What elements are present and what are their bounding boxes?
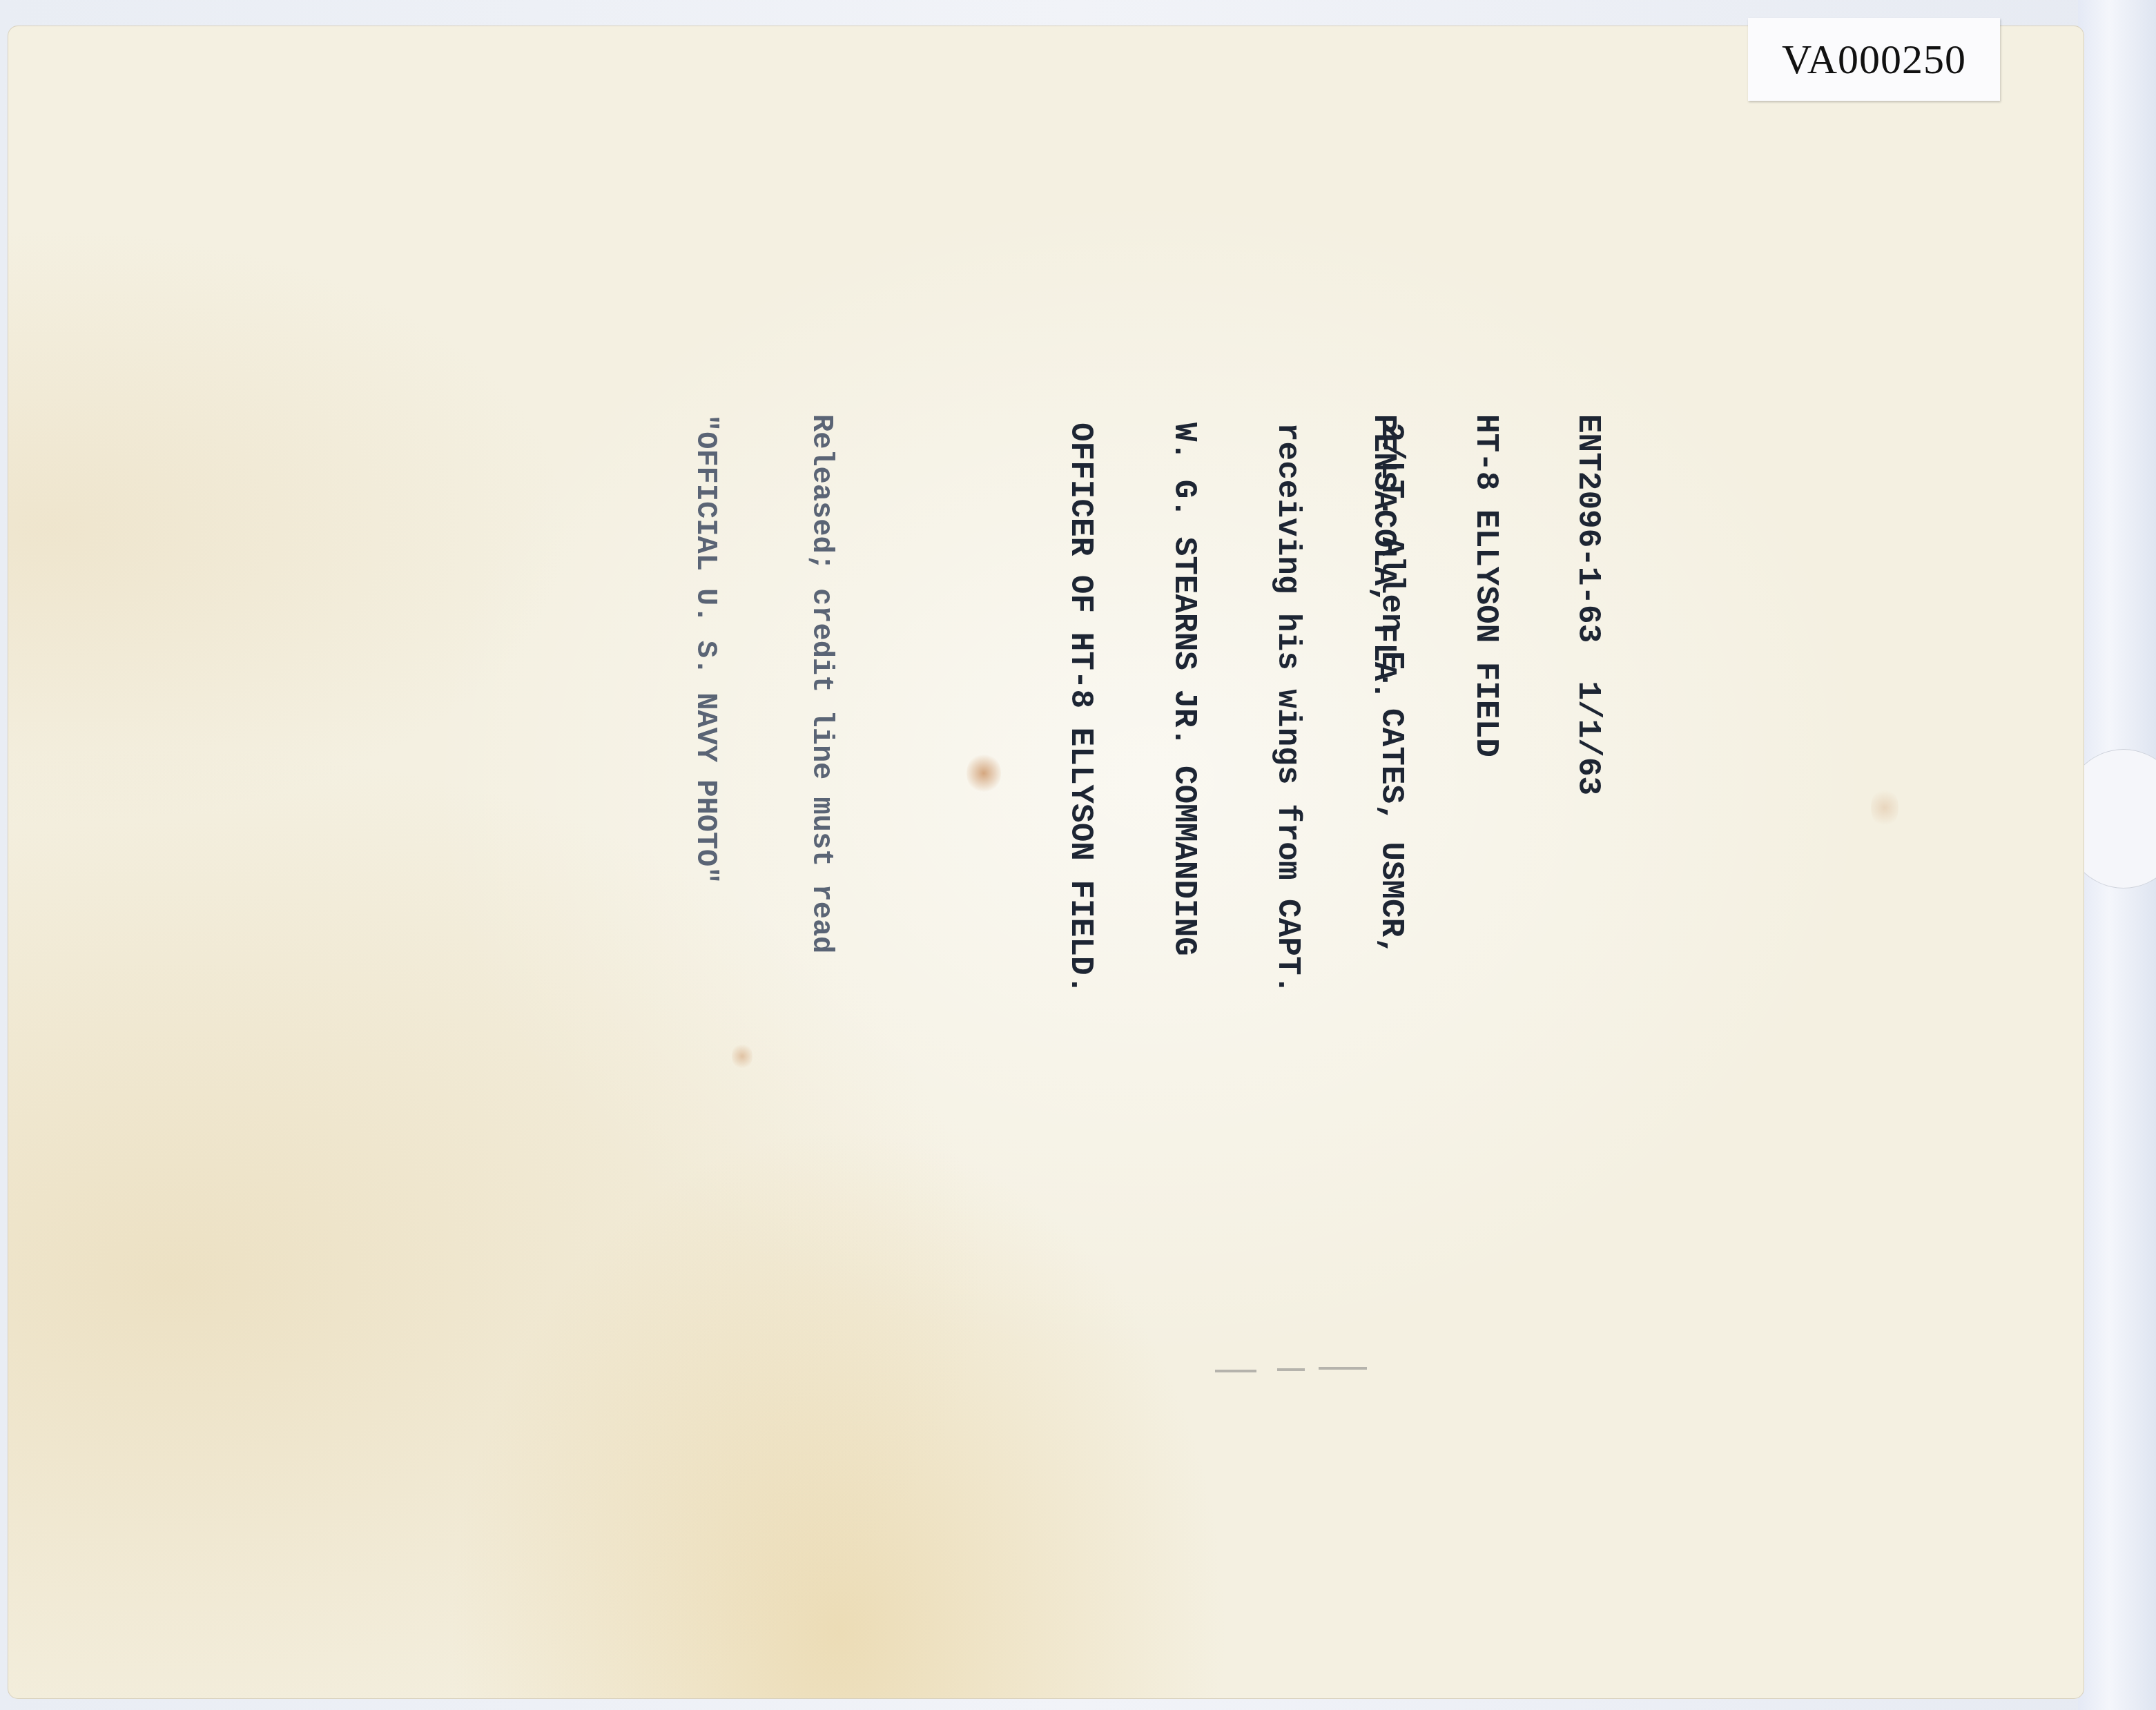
caption-line: W. G. STEARNS JR. COMMANDING (1160, 422, 1200, 994)
caption-line: receiving his wings from CAPT. (1263, 422, 1303, 994)
caption-line: OFFICER OF HT-8 ELLYSON FIELD. (1056, 422, 1096, 994)
stamp-line: Released; credit line must read (778, 414, 836, 953)
header-line: ENT2096-1-63 1/1/63 (1565, 414, 1604, 795)
faint-mark (1215, 1370, 1256, 1372)
credit-stamp-block: Released; credit line must read "OFFICIA… (633, 414, 894, 953)
caption-typed-block: 2/LT. Allen E. CATES, USMCR, receiving h… (1024, 422, 1470, 994)
catalog-number: VA000250 (1782, 36, 1966, 84)
stamp-line: "OFFICIAL U. S. NAVY PHOTO" (662, 414, 720, 953)
stain-spot (732, 1042, 752, 1070)
catalog-label: VA000250 (1748, 18, 2000, 101)
faint-mark (1319, 1367, 1367, 1370)
faint-mark (1277, 1368, 1305, 1371)
caption-line: 2/LT. Allen E. CATES, USMCR, (1367, 422, 1407, 994)
stain-spot (967, 752, 1001, 794)
stain-spot (1871, 787, 1898, 828)
